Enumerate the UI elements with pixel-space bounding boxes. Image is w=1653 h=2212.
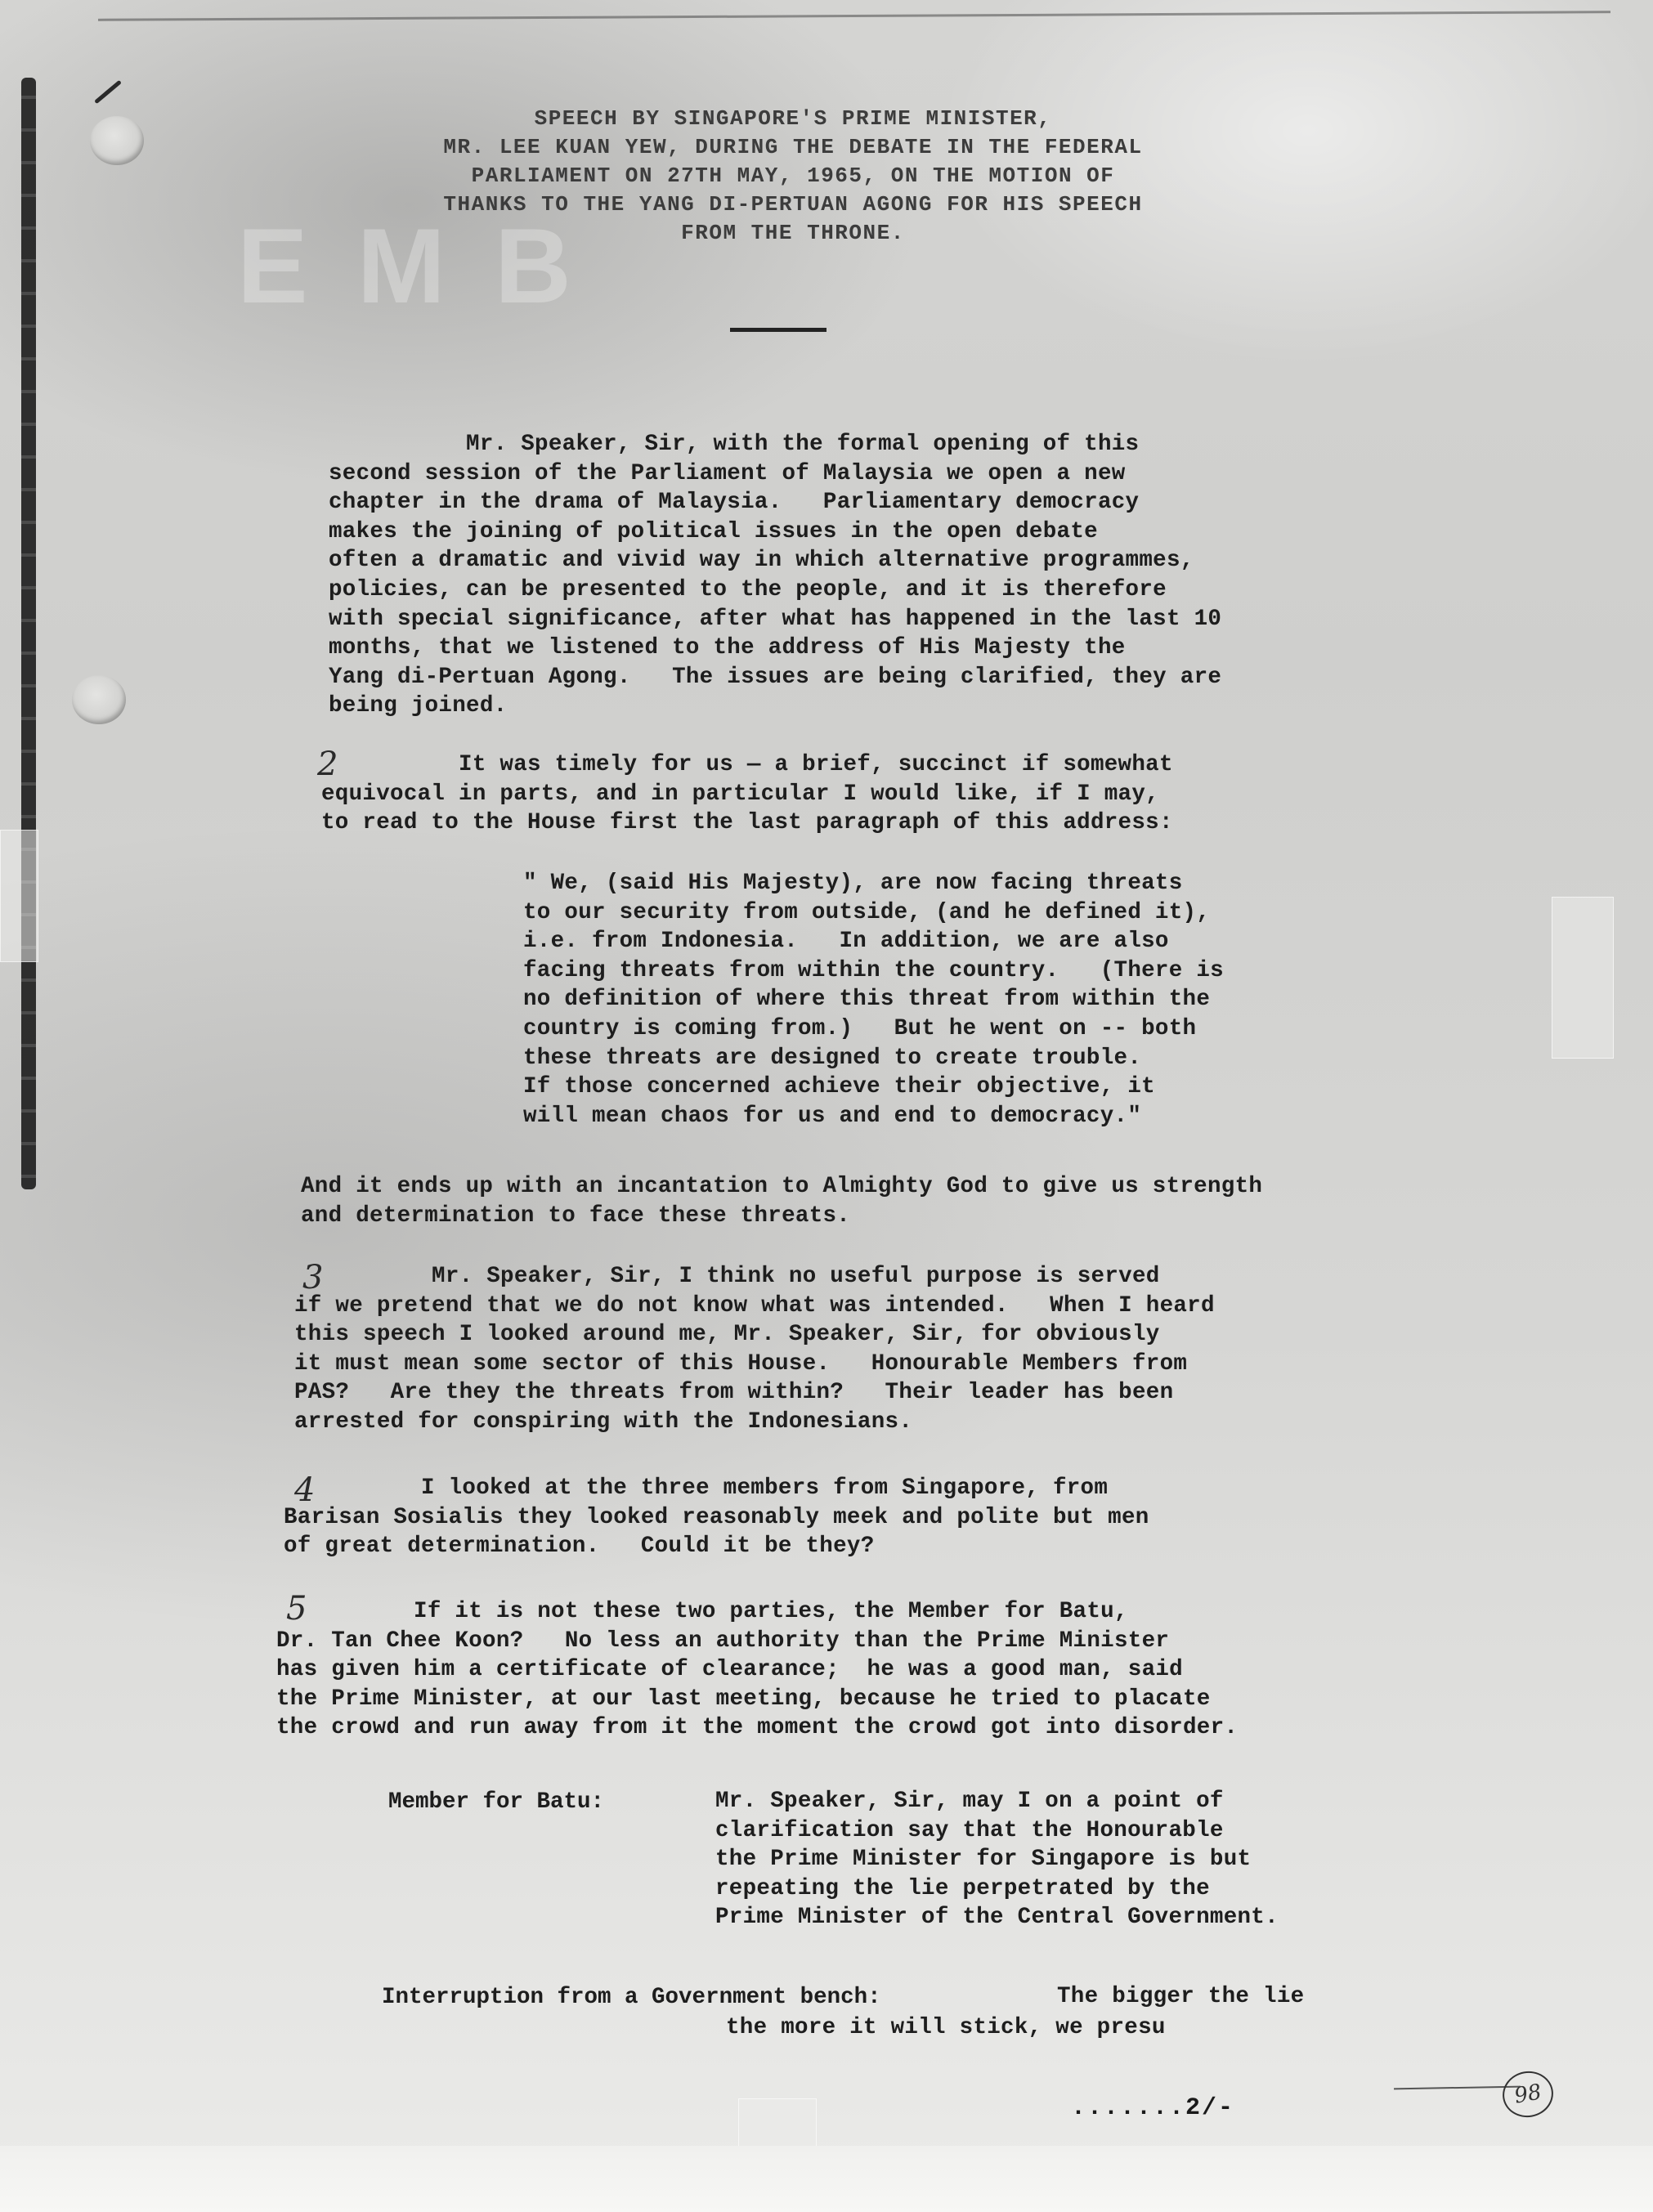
punch-hole-middle [72,675,126,724]
text-line: equivocal in parts, and in particular I … [321,780,1173,809]
text-line: often a dramatic and vivid way in which … [329,546,1221,575]
paragraph-5: If it is not these two parties, the Memb… [276,1597,1238,1743]
document-title: SPEECH BY SINGAPORE'S PRIME MINISTER, MR… [360,105,1226,248]
text-line: The bigger the lie [1057,1982,1304,2012]
title-line: FROM THE THRONE. [360,219,1226,248]
text-line: If it is not these two parties, the Memb… [276,1597,1238,1627]
text-line: country is coming from.) But he went on … [523,1014,1224,1044]
title-line: MR. LEE KUAN YEW, DURING THE DEBATE IN T… [360,133,1226,162]
text-line: if we pretend that we do not know what w… [294,1292,1215,1321]
text-line: Mr. Speaker, Sir, I think no useful purp… [294,1262,1215,1292]
folio-underline [1394,2086,1521,2090]
title-line: THANKS TO THE YANG DI-PERTUAN AGONG FOR … [360,190,1226,219]
document-photo: EMB SPEECH BY SINGAPORE'S PRIME MINISTER… [0,0,1653,2212]
text-line: the Prime Minister, at our last meeting,… [276,1685,1238,1714]
text-line: Barisan Sosialis they looked reasonably … [284,1503,1149,1533]
text-line: it must mean some sector of this House. … [294,1350,1215,1379]
paragraph-3: Mr. Speaker, Sir, I think no useful purp… [294,1262,1215,1437]
text-line: second session of the Parliament of Mala… [329,459,1221,489]
paragraph-2: It was timely for us — a brief, succinct… [321,750,1173,838]
text-line: Mr. Speaker, Sir, may I on a point of [715,1787,1279,1816]
text-line: i.e. from Indonesia. In addition, we are… [523,927,1224,956]
continuation-marker: .......2/- [1071,2094,1234,2122]
interruption-remark-line-1: The bigger the lie [1057,1982,1304,2012]
text-line: And it ends up with an incantation to Al… [301,1172,1262,1202]
text-line: It was timely for us — a brief, succinct… [321,750,1173,780]
interruption-remark-line-2: the more it will stick, we presu [726,2013,1166,2043]
text-line: will mean chaos for us and end to democr… [523,1102,1224,1131]
text-line: has given him a certificate of clearance… [276,1655,1238,1685]
paragraph-incantation: And it ends up with an incantation to Al… [301,1172,1262,1230]
tape-left [0,830,38,962]
text-line: the more it will stick, we presu [726,2013,1166,2043]
text-line: being joined. [329,692,1221,721]
binding-strip [21,78,36,1189]
text-line: Mr. Speaker, Sir, with the formal openin… [329,430,1221,459]
text-line: Prime Minister of the Central Government… [715,1903,1279,1932]
speaker-label: Member for Batu: [388,1789,604,1815]
text-line: chapter in the drama of Malaysia. Parlia… [329,488,1221,517]
text-line: to our security from outside, (and he de… [523,898,1224,928]
tape-right [1552,897,1614,1059]
member-for-batu-remark: Mr. Speaker, Sir, may I on a point ofcla… [715,1787,1279,1932]
text-line: policies, can be presented to the people… [329,575,1221,605]
title-line: PARLIAMENT ON 27TH MAY, 1965, ON THE MOT… [360,162,1226,190]
text-line: I looked at the three members from Singa… [284,1474,1149,1503]
text-line: months, that we listened to the address … [329,634,1221,663]
text-line: makes the joining of political issues in… [329,517,1221,547]
text-line: Yang di-Pertuan Agong. The issues are be… [329,663,1221,692]
quoted-address: " We, (said His Majesty), are now facing… [523,869,1224,1131]
text-line: PAS? Are they the threats from within? T… [294,1378,1215,1408]
text-line: with special significance, after what ha… [329,605,1221,634]
bottom-paper-edge [0,2146,1653,2212]
punch-hole-top [90,116,144,165]
title-line: SPEECH BY SINGAPORE'S PRIME MINISTER, [360,105,1226,133]
text-line: facing threats from within the country. … [523,956,1224,986]
heading-divider [730,328,826,332]
text-line: Dr. Tan Chee Koon? No less an authority … [276,1627,1238,1656]
text-line: arrested for conspiring with the Indones… [294,1408,1215,1437]
text-line: to read to the House first the last para… [321,808,1173,838]
text-line: repeating the lie perpetrated by the [715,1874,1279,1904]
text-line: and determination to face these threats. [301,1202,1262,1231]
text-line: the crowd and run away from it the momen… [276,1713,1238,1743]
text-line: clarification say that the Honourable [715,1816,1279,1846]
text-line: the Prime Minister for Singapore is but [715,1845,1279,1874]
speaker-label: Interruption from a Government bench: [382,1985,881,2010]
folio-number: 98 [1499,2067,1557,2121]
text-line: " We, (said His Majesty), are now facing… [523,869,1224,898]
paragraph-1: Mr. Speaker, Sir, with the formal openin… [329,430,1221,721]
text-line: of great determination. Could it be they… [284,1532,1149,1561]
paragraph-4: I looked at the three members from Singa… [284,1474,1149,1561]
text-line: these threats are designed to create tro… [523,1044,1224,1073]
text-line: If those concerned achieve their objecti… [523,1072,1224,1102]
pen-mark [94,80,122,105]
text-line: no definition of where this threat from … [523,985,1224,1014]
text-line: this speech I looked around me, Mr. Spea… [294,1320,1215,1350]
